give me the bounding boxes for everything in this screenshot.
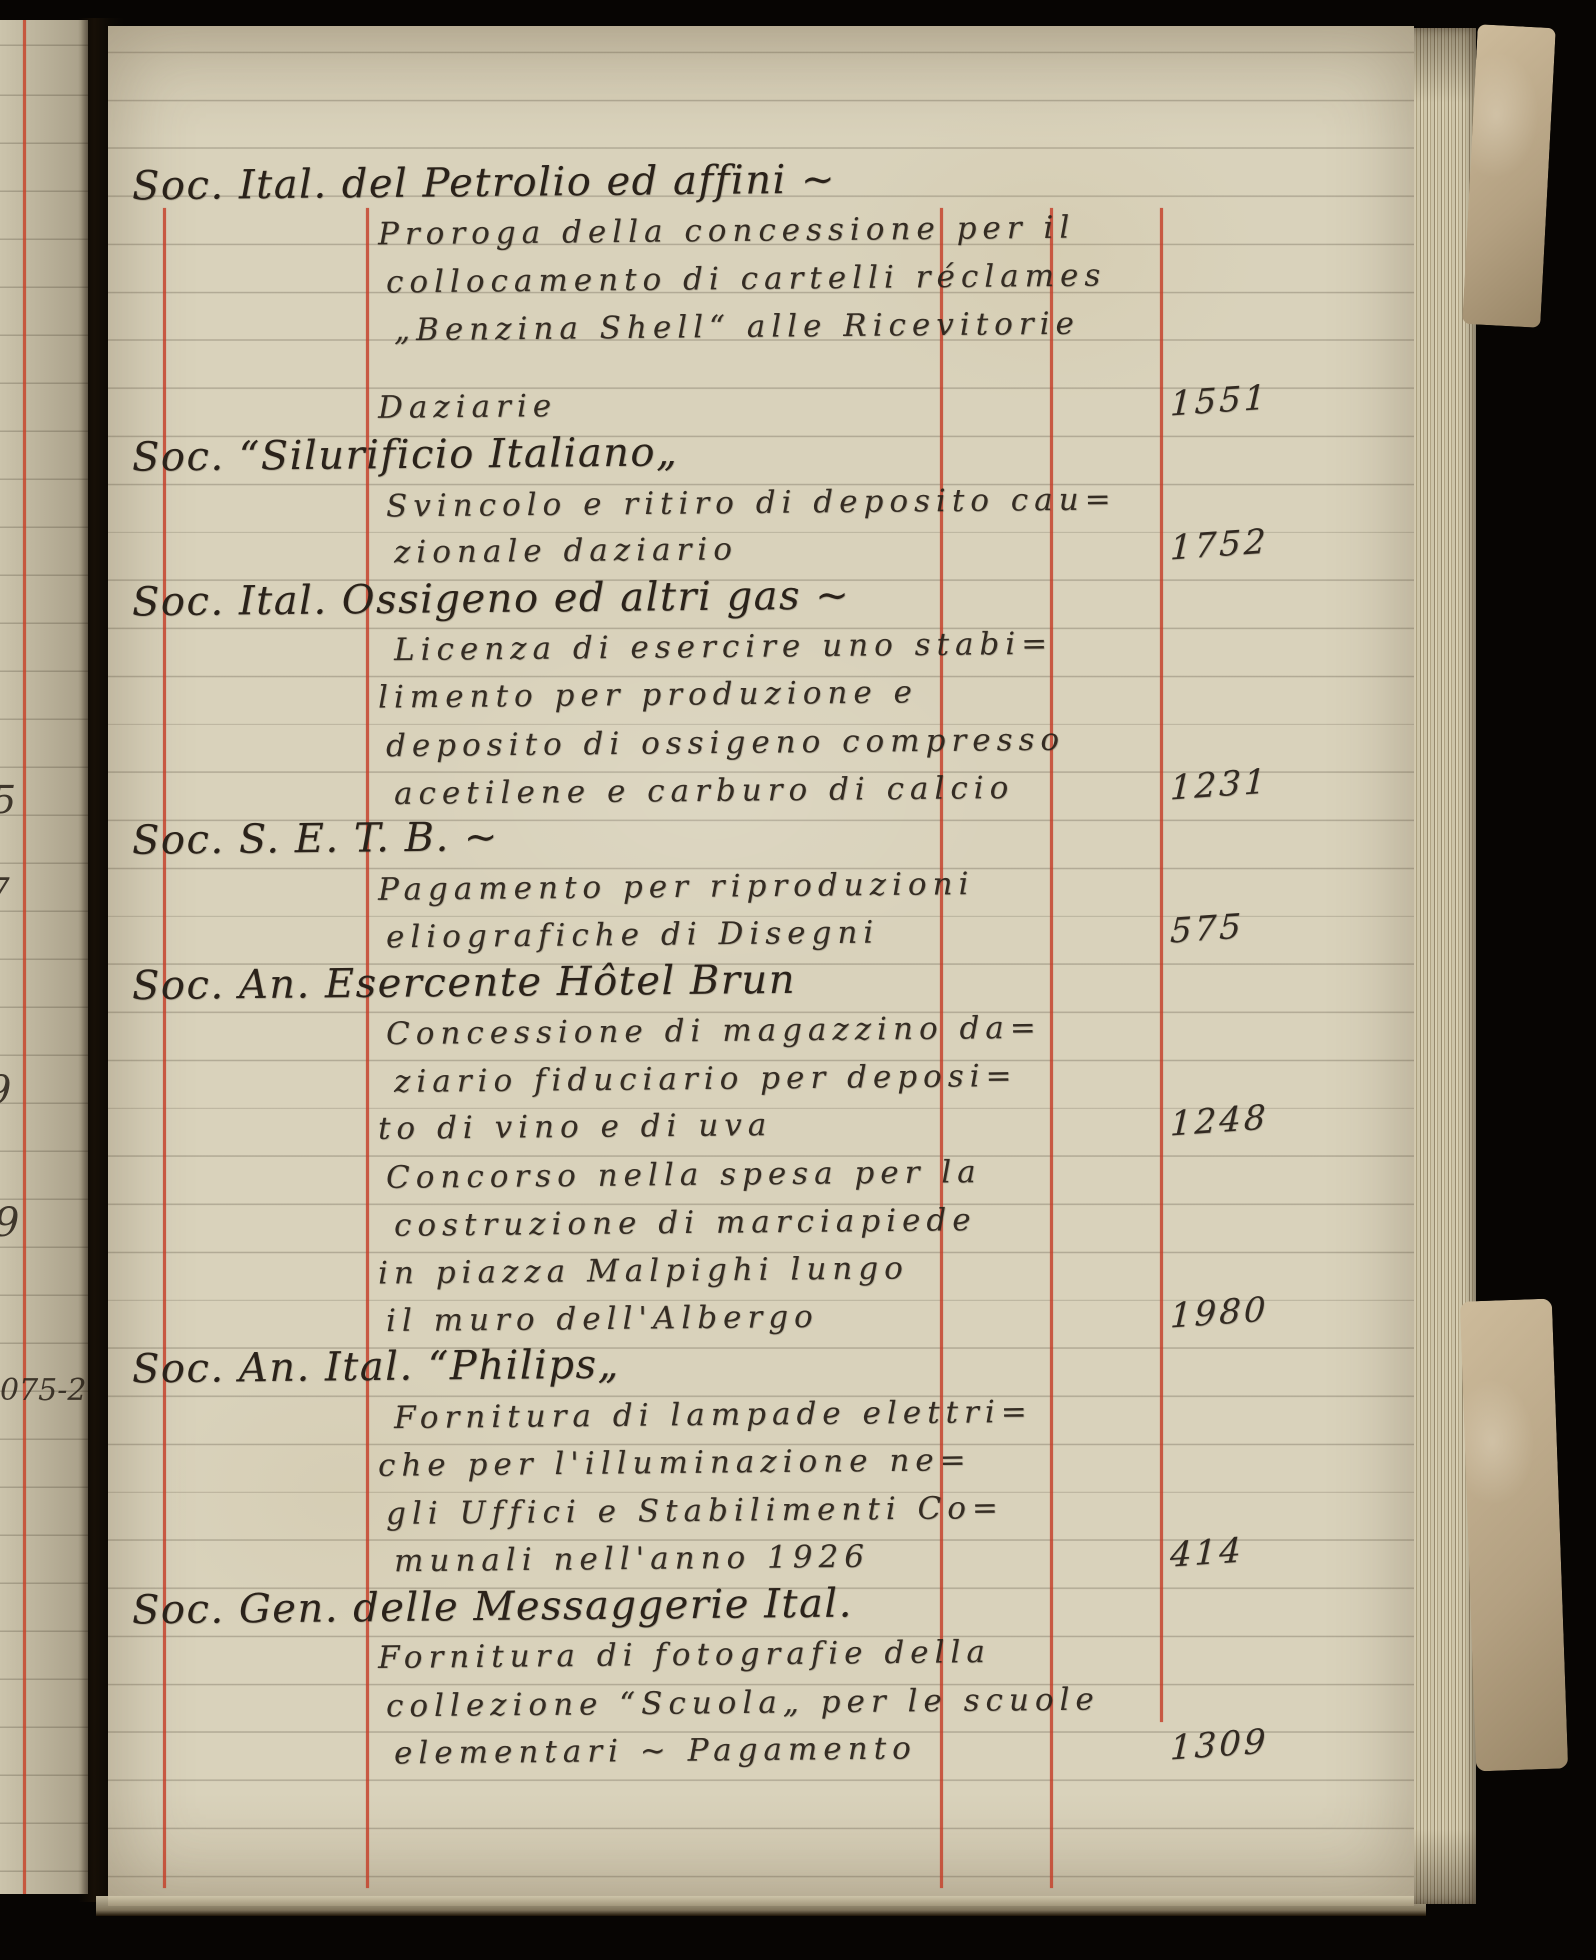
- entry-heading: Soc. Ital. del Petrolio ed affini ~: [132, 155, 836, 212]
- red-margin-line: [1160, 208, 1163, 1722]
- entry-heading: Soc. Ital. Ossigeno ed altri gas ~: [132, 571, 851, 628]
- entry-line: to di vino e di uva: [378, 1100, 773, 1154]
- entry-line: Proroga della concessione per il: [378, 203, 1076, 260]
- leather-corner-bottom: [1460, 1299, 1568, 1772]
- entry-heading: Soc. Gen. delle Messaggerie Ital.: [132, 1579, 853, 1636]
- entry-line: Licenza di esercire uno stabi=: [394, 619, 1054, 675]
- left-page-fragment: 9: [0, 1068, 11, 1114]
- entry-number: 414: [1169, 1525, 1244, 1580]
- entry-line: il muro dell'Albergo: [386, 1292, 819, 1346]
- left-page-fragment: 9: [0, 1200, 19, 1246]
- entry-line: in piazza Malpighi lungo: [378, 1243, 909, 1298]
- entry-line: Pagamento per riproduzioni: [378, 859, 975, 915]
- book-cover-marble: [1480, 238, 1596, 1330]
- book-cover: [1476, 0, 1596, 1960]
- entry-line: ziario fiduciario per deposi=: [394, 1051, 1018, 1107]
- entry-line: che per l'illuminazione ne=: [378, 1435, 972, 1491]
- entry-number: 1248: [1169, 1092, 1269, 1149]
- entry-heading: Soc. An. Esercente Hôtel Brun: [132, 955, 796, 1011]
- scanned-ledger-photo: 5799075-273 Soc. Ital. del Petrolio ed a…: [0, 0, 1596, 1960]
- entry-heading: Soc. S. E. T. B. ~: [132, 812, 499, 866]
- left-page-edge: 5799075-273: [0, 20, 88, 1894]
- entry-line: costruzione di marciapiede: [394, 1195, 977, 1251]
- entry-line: limento per produzione e: [378, 667, 918, 722]
- entry-heading: Soc. An. Ital. “Philips„: [132, 1340, 620, 1395]
- entry-line: „Benzina Shell“ alle Ricevitorie: [394, 299, 1080, 356]
- left-page-fragment: 5: [0, 778, 16, 822]
- red-margin-line: [23, 20, 26, 1894]
- entry-line: Fornitura di fotografie della: [378, 1627, 991, 1683]
- entry-line: gli Uffici e Stabilimenti Co=: [386, 1483, 1004, 1539]
- left-page-fragment: 075-273: [0, 1373, 88, 1408]
- entry-number: 1551: [1169, 372, 1269, 429]
- entry-number: 1752: [1169, 516, 1269, 573]
- left-page-fragment: 7: [0, 871, 10, 911]
- entry-number: 1231: [1169, 756, 1269, 813]
- entry-line: Svincolo e ritiro di deposito cau=: [386, 474, 1117, 531]
- entry-line: elementari ~ Pagamento: [394, 1723, 917, 1778]
- entry-line: acetilene e carburo di calcio: [394, 763, 1015, 819]
- entry-line: Concorso nella spesa per la: [386, 1147, 982, 1203]
- entry-line: collezione “Scuola„ per le scuole: [386, 1675, 1100, 1732]
- entry-number: 1309: [1169, 1716, 1269, 1773]
- entry-line: Daziarie: [378, 381, 558, 433]
- page-bottom-edge: [96, 1896, 1426, 1916]
- entry-line: zionale daziario: [394, 524, 738, 577]
- entry-line: eliografiche di Disegni: [386, 908, 880, 963]
- entry-number: 1980: [1169, 1284, 1269, 1341]
- entry-line: Concessione di magazzino da=: [386, 1003, 1042, 1059]
- entry-number: 575: [1169, 901, 1244, 956]
- ledger-page: Soc. Ital. del Petrolio ed affini ~Proro…: [108, 26, 1414, 1906]
- red-margin-line: [1050, 208, 1053, 1888]
- entry-heading: Soc. “Silurificio Italiano„: [132, 427, 679, 482]
